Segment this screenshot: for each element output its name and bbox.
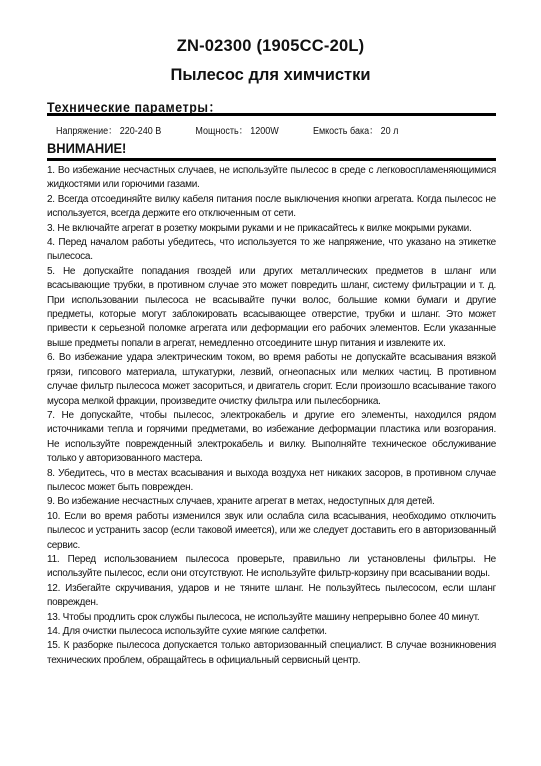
spec-voltage: Напряжение： 220-240 В: [56, 122, 161, 137]
warning-item: 15. К разборке пылесоса допускается толь…: [47, 639, 496, 668]
warning-item: 8. Убедитесь, что в местах всасывания и …: [47, 467, 496, 496]
warning-item: 4. Перед началом работы убедитесь, что и…: [47, 236, 496, 265]
product-subtitle: Пылесос для химчистки: [0, 66, 541, 85]
warning-item: 13. Чтобы продлить срок службы пылесоса,…: [47, 611, 496, 625]
divider: [47, 158, 496, 161]
specs-row: Напряжение： 220-240 В Мощность： 1200W Ем…: [56, 122, 433, 137]
warning-item: 11. Перед использованием пылесоса провер…: [47, 553, 496, 582]
model-title: ZN-02300 (1905CC-20L): [0, 37, 541, 56]
warning-item: 3. Не включайте агрегат в розетку мокрым…: [47, 222, 496, 236]
warning-item: 14. Для очистки пылесоса используйте сух…: [47, 625, 496, 639]
warning-item: 5. Не допускайте попадания гвоздей или д…: [47, 265, 496, 351]
warnings-list: 1. Во избежание несчастных случаев, не и…: [47, 164, 496, 668]
divider: [47, 113, 496, 116]
warning-item: 7. Не допускайте, чтобы пылесос, электро…: [47, 409, 496, 467]
warning-item: 2. Всегда отсоединяйте вилку кабеля пита…: [47, 193, 496, 222]
warning-item: 12. Избегайте скручивания, ударов и не т…: [47, 582, 496, 611]
warning-item: 1. Во избежание несчастных случаев, не и…: [47, 164, 496, 193]
warning-item: 9. Во избежание несчастных случаев, хран…: [47, 495, 496, 509]
spec-power: Мощность： 1200W: [195, 122, 278, 137]
warning-heading: ВНИМАНИЕ!: [47, 140, 126, 156]
warning-item: 6. Во избежание удара электрическим токо…: [47, 351, 496, 409]
spec-tank-capacity: Емкость бака： 20 л: [313, 122, 398, 137]
warning-item: 10. Если во время работы изменился звук …: [47, 510, 496, 553]
